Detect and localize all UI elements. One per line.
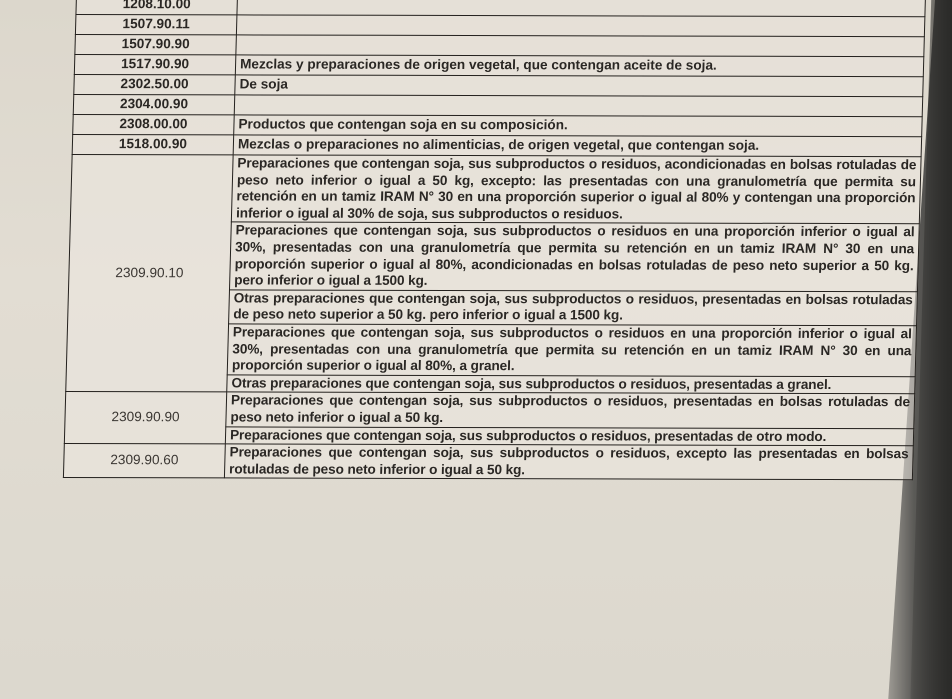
description-cell: Preparaciones que contengan soja, sus su… [227, 324, 916, 377]
tariff-code-cell: 2304.00.90 [73, 95, 235, 115]
table-row: 2309.90.60 Preparaciones que contengan s… [63, 444, 913, 480]
table-row: 2302.50.00 De soja [74, 75, 923, 97]
description-cell: Preparaciones que contengan soja, sus su… [224, 444, 913, 480]
description-cell: Preparaciones que contengan soja, sus su… [231, 155, 921, 224]
description-cell: Otras preparaciones que contengan soja, … [229, 290, 918, 326]
description-cell: Otras preparaciones que contengan soja, … [227, 375, 915, 394]
description-cell: Preparaciones que contengan soja, sus su… [230, 222, 920, 291]
tariff-code-cell: 2302.50.00 [74, 75, 236, 95]
table-row: 1507.90.90 [75, 35, 924, 57]
tariff-code-cell: 2309.90.90 [64, 392, 226, 444]
tariff-code-cell: 2309.90.10 [66, 155, 233, 393]
table-row: 2309.90.90 Preparaciones que contengan s… [65, 392, 915, 428]
tariff-code-cell: 1517.90.90 [74, 55, 236, 75]
tariff-code-cell: 1518.00.90 [72, 135, 234, 155]
description-cell [236, 15, 924, 37]
table-row: 2309.90.10 Preparaciones que contengan s… [70, 155, 921, 225]
description-cell: Preparaciones que contengan soja, sus su… [225, 426, 913, 445]
table-row: 2308.00.00 Productos que contengan soja … [73, 115, 922, 137]
description-cell: De soja [235, 75, 923, 97]
description-cell: Mezclas o preparaciones no alimenticias,… [233, 135, 921, 157]
table-row: 2304.00.90 [73, 95, 922, 117]
tariff-code-cell: 1507.90.90 [75, 35, 237, 55]
tariff-code-cell: 2309.90.60 [63, 444, 225, 479]
table-row: 1507.90.11 [75, 15, 924, 37]
description-cell [234, 95, 922, 117]
tariff-code-cell: 2308.00.00 [73, 115, 235, 135]
tariff-code-cell: 1507.90.11 [75, 15, 237, 35]
description-cell: Preparaciones que contengan soja, sus su… [226, 392, 915, 428]
description-cell [236, 35, 924, 57]
tariff-code-cell: 1208.10.00 [76, 0, 238, 15]
table-row: 1518.00.90 Mezclas o preparaciones no al… [72, 135, 921, 157]
table-row: 1517.90.90 Mezclas y preparaciones de or… [74, 55, 923, 77]
description-cell: Productos que contengan soja en su compo… [234, 115, 922, 137]
table-body: 1208.10.00 1507.90.11 1507.90.90 1517.90… [63, 0, 925, 480]
tariff-code-table: 1208.10.00 1507.90.11 1507.90.90 1517.90… [63, 0, 926, 481]
description-cell: Mezclas y preparaciones de origen vegeta… [235, 55, 923, 77]
